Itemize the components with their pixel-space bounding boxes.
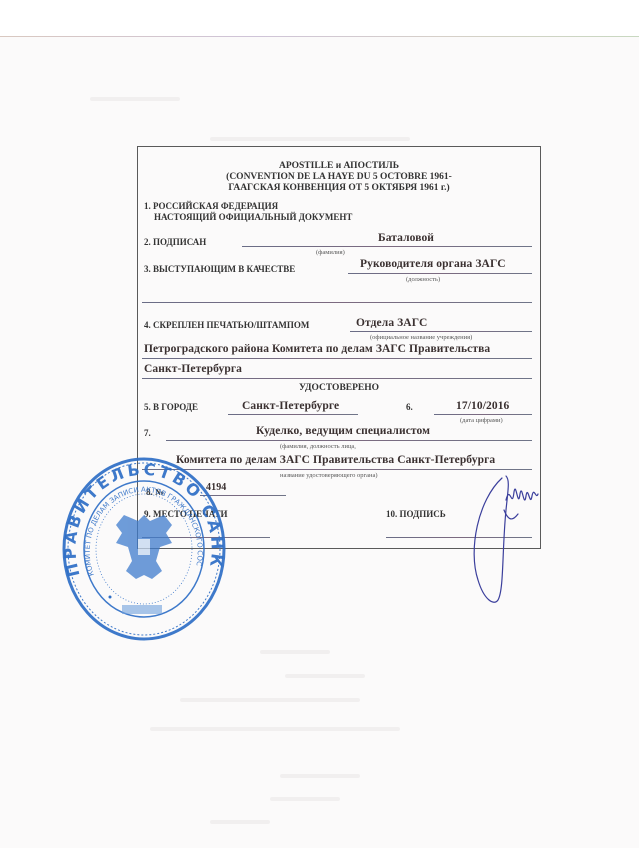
field-6-label: 6. (406, 402, 413, 412)
field-3-extra-line (142, 302, 532, 303)
field-5-underline (228, 414, 358, 415)
field-7-hint-2: название удостоверяющего органа) (280, 472, 378, 479)
bleed-through (260, 650, 330, 654)
field-4-underline-3 (142, 378, 532, 379)
field-4-value-line-2: Петроградского района Комитета по делам … (144, 343, 490, 355)
field-6-underline (434, 414, 532, 415)
field-7-hint-1: (фамилия, должность лица, (280, 443, 356, 450)
bleed-through (210, 137, 410, 141)
field-3-value: Руководителя органа ЗАГС (360, 258, 506, 270)
bleed-through (285, 674, 365, 678)
bleed-through (270, 797, 340, 801)
field-7-value-line-1: Куделко, ведущим специалистом (256, 425, 430, 437)
title-line-3: ГААГСКАЯ КОНВЕНЦИЯ ОТ 5 ОКТЯБРЯ 1961 г.) (138, 183, 540, 194)
official-seal-stamp: ПРАВИТЕЛЬСТВО САНКТ-ПЕТЕРБУРГА КОМИТЕТ П… (60, 455, 228, 643)
handwritten-signature (460, 470, 550, 610)
bleed-through (180, 698, 360, 702)
field-7-label: 7. (144, 428, 151, 438)
field-4-hint: (официальное название учреждения) (370, 334, 472, 341)
field-2-hint: (фамилия) (316, 249, 345, 256)
field-4-label: 4. СКРЕПЛЕН ПЕЧАТЬЮ/ШТАМПОМ (144, 320, 309, 330)
field-4-underline-1 (350, 331, 532, 332)
field-4-value-line-3: Санкт-Петербурга (144, 363, 242, 375)
field-10-label: 10. ПОДПИСЬ (386, 509, 446, 519)
field-3-label: 3. ВЫСТУПАЮЩИМ В КАЧЕСТВЕ (144, 264, 295, 274)
field-2-label: 2. ПОДПИСАН (144, 237, 206, 247)
field-1-sublabel: НАСТОЯЩИЙ ОФИЦИАЛЬНЫЙ ДОКУМЕНТ (154, 212, 352, 222)
field-6-hint: (дата цифрами) (460, 417, 503, 424)
bleed-through (210, 820, 270, 824)
certified-heading: УДОСТОВЕРЕНО (138, 383, 540, 394)
field-4-value-line-1: Отдела ЗАГС (356, 317, 427, 329)
bleed-through (90, 97, 180, 101)
field-5-label: 5. В ГОРОДЕ (144, 402, 198, 412)
field-3-underline (348, 273, 532, 274)
field-5-value: Санкт-Петербурге (242, 400, 339, 412)
bleed-through (150, 727, 400, 731)
field-1-label: 1. РОССИЙСКАЯ ФЕДЕРАЦИЯ (144, 201, 278, 211)
double-headed-eagle-icon (116, 515, 172, 579)
field-2-value: Баталовой (378, 232, 434, 244)
field-4-underline-2 (142, 358, 532, 359)
bleed-through (280, 774, 360, 778)
field-3-hint: (должность) (406, 276, 440, 283)
title-line-2: (CONVENTION DE LA HAYE DU 5 OCTOBRE 1961… (138, 172, 540, 183)
field-7-underline-1 (166, 440, 532, 441)
field-6-value: 17/10/2016 (456, 400, 509, 412)
title-line-1: APOSTILLE и АПОСТИЛЬ (138, 161, 540, 172)
field-2-underline (242, 246, 532, 247)
